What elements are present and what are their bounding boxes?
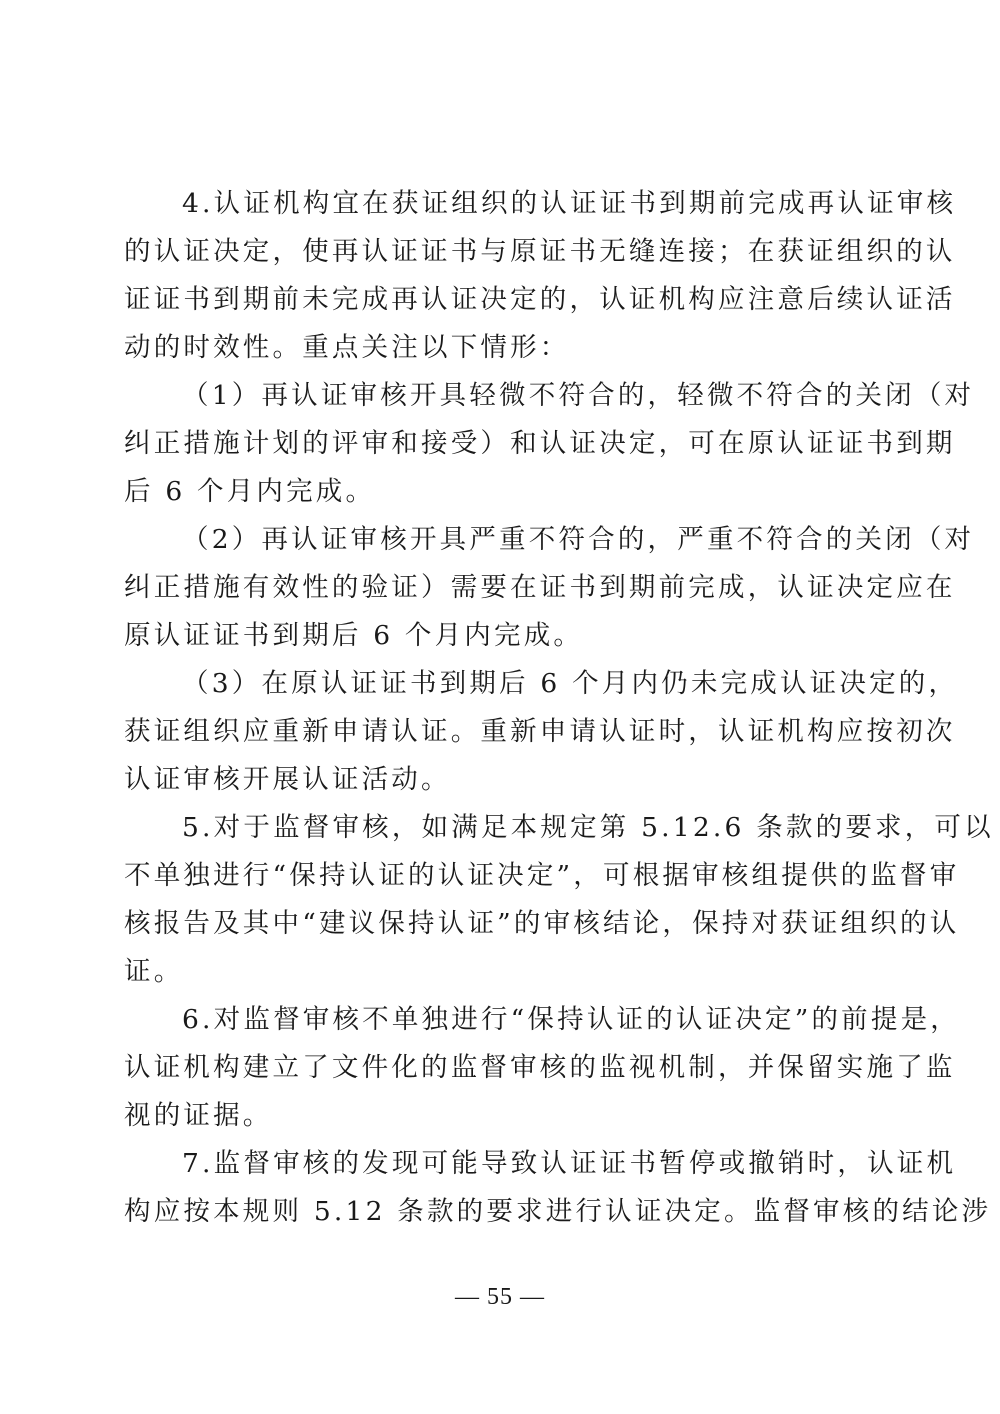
text-line: 6.对监督审核不单独进行“保持认证的认证决定”的前提是， — [124, 996, 878, 1044]
text-line: 的认证决定，使再认证证书与原证书无缝连接；在获证组织的认 — [124, 228, 878, 276]
text-line: 核报告及其中“建议保持认证”的审核结论，保持对获证组织的认 — [124, 900, 878, 948]
text-line: 纠正措施有效性的验证）需要在证书到期前完成，认证决定应在 — [124, 564, 878, 612]
text-line: （1）再认证审核开具轻微不符合的，轻微不符合的关闭（对 — [124, 372, 878, 420]
text-line: 获证组织应重新申请认证。重新申请认证时，认证机构应按初次 — [124, 708, 878, 756]
paragraph-item-5: 5.对于监督审核，如满足本规定第 5.12.6 条款的要求，可以 不单独进行“保… — [124, 804, 878, 996]
text-line: 认证审核开展认证活动。 — [124, 756, 878, 804]
text-line: 动的时效性。重点关注以下情形： — [124, 324, 878, 372]
text-line: 后 6 个月内完成。 — [124, 468, 878, 516]
document-body: 4.认证机构宜在获证组织的认证证书到期前完成再认证审核 的认证决定，使再认证证书… — [124, 180, 878, 1236]
paragraph-item-6: 6.对监督审核不单独进行“保持认证的认证决定”的前提是， 认证机构建立了文件化的… — [124, 996, 878, 1140]
text-line: 证证书到期前未完成再认证决定的，认证机构应注意后续认证活 — [124, 276, 878, 324]
text-line: （3）在原认证证书到期后 6 个月内仍未完成认证决定的， — [124, 660, 878, 708]
text-line: 原认证证书到期后 6 个月内完成。 — [124, 612, 878, 660]
paragraph-item-4-2: （2）再认证审核开具严重不符合的，严重不符合的关闭（对 纠正措施有效性的验证）需… — [124, 516, 878, 660]
paragraph-item-4: 4.认证机构宜在获证组织的认证证书到期前完成再认证审核 的认证决定，使再认证证书… — [124, 180, 878, 372]
document-page: 4.认证机构宜在获证组织的认证证书到期前完成再认证审核 的认证决定，使再认证证书… — [0, 0, 1000, 1414]
text-line: 4.认证机构宜在获证组织的认证证书到期前完成再认证审核 — [124, 180, 878, 228]
paragraph-item-7: 7.监督审核的发现可能导致认证证书暂停或撤销时，认证机 构应按本规则 5.12 … — [124, 1140, 878, 1236]
paragraph-item-4-3: （3）在原认证证书到期后 6 个月内仍未完成认证决定的， 获证组织应重新申请认证… — [124, 660, 878, 804]
text-line: 视的证据。 — [124, 1092, 878, 1140]
paragraph-item-4-1: （1）再认证审核开具轻微不符合的，轻微不符合的关闭（对 纠正措施计划的评审和接受… — [124, 372, 878, 516]
text-line: 7.监督审核的发现可能导致认证证书暂停或撤销时，认证机 — [124, 1140, 878, 1188]
page-number: — 55 — — [0, 1284, 1000, 1311]
text-line: 构应按本规则 5.12 条款的要求进行认证决定。监督审核的结论涉 — [124, 1188, 878, 1236]
text-line: 纠正措施计划的评审和接受）和认证决定，可在原认证证书到期 — [124, 420, 878, 468]
text-line: 不单独进行“保持认证的认证决定”，可根据审核组提供的监督审 — [124, 852, 878, 900]
text-line: （2）再认证审核开具严重不符合的，严重不符合的关闭（对 — [124, 516, 878, 564]
text-line: 证。 — [124, 948, 878, 996]
text-line: 认证机构建立了文件化的监督审核的监视机制，并保留实施了监 — [124, 1044, 878, 1092]
text-line: 5.对于监督审核，如满足本规定第 5.12.6 条款的要求，可以 — [124, 804, 878, 852]
